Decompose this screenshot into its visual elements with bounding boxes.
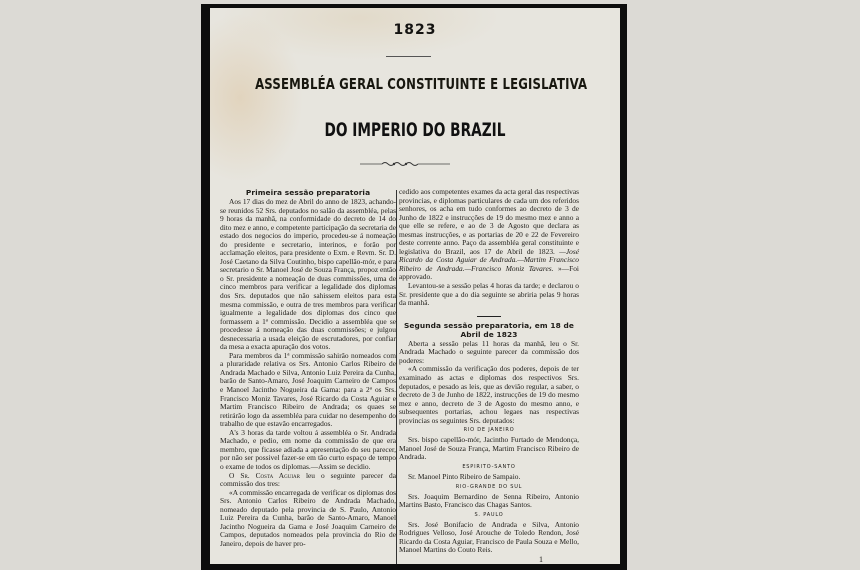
paragraph: Aos 17 dias do mez de Abril do anno de 1… [220, 198, 396, 352]
right-column: cedido aos competentes exames da acta ge… [399, 188, 579, 555]
paragraph-continuation: cedido aos competentes exames da acta ge… [399, 188, 579, 282]
region-heading: Rio-Grande do Sul [399, 483, 579, 492]
ornament-divider-icon [360, 160, 450, 168]
region-heading: Espirito-Santo [399, 463, 579, 472]
quoted-report: «A commissão encarregada de verificar os… [220, 489, 396, 549]
deputies-list: Srs. José Bonifacio de Andrada e Silva, … [399, 521, 579, 555]
deputies-list: Srs. Joaquim Bernardino de Senna Ribeiro… [399, 493, 579, 510]
document-title-line1: ASSEMBLÉA GERAL CONSTITUINTE E LEGISLATI… [255, 75, 575, 93]
section-heading-second-session: Segunda sessão preparatoria, em 18 de Ab… [399, 321, 579, 339]
left-column: Primeira sessão preparatoria Aos 17 dias… [220, 188, 396, 548]
deputies-list: Srs. bispo capellão-mór, Jacintho Furtad… [399, 436, 579, 462]
document-year: 1823 [210, 22, 620, 38]
text: cedido aos competentes exames da acta ge… [399, 187, 579, 256]
region-heading: Rio de Janeiro [399, 426, 579, 435]
paragraph-costa-aguiar: O Sr. Costa Aguiar leu o seguinte parece… [220, 472, 396, 489]
quoted-report: «A commissão da verificação dos poderes,… [399, 365, 579, 425]
paragraph-opening: Aberta a sessão pelas 11 horas da manhã,… [399, 340, 579, 366]
paragraph: A's 3 horas da tarde voltou á assembléa … [220, 429, 396, 472]
deputies-list: Sr. Manoel Pinto Ribeiro de Sampaio. [399, 473, 579, 482]
section-rule [477, 316, 501, 317]
document-title-line2: DO IMPERIO DO BRAZIL [267, 119, 562, 141]
column-divider [396, 190, 397, 564]
paragraph: Para membros da 1ª commissão sahirão nom… [220, 352, 396, 429]
document-page: 1823 ASSEMBLÉA GERAL CONSTITUINTE E LEGI… [210, 8, 620, 564]
header-rule [386, 56, 431, 57]
region-heading: S. Paulo [399, 511, 579, 520]
section-heading-first-session: Primeira sessão preparatoria [220, 188, 396, 197]
paragraph-closing: Levantou-se a sessão pelas 4 horas da ta… [399, 282, 579, 308]
page-number: 1 [539, 555, 543, 564]
